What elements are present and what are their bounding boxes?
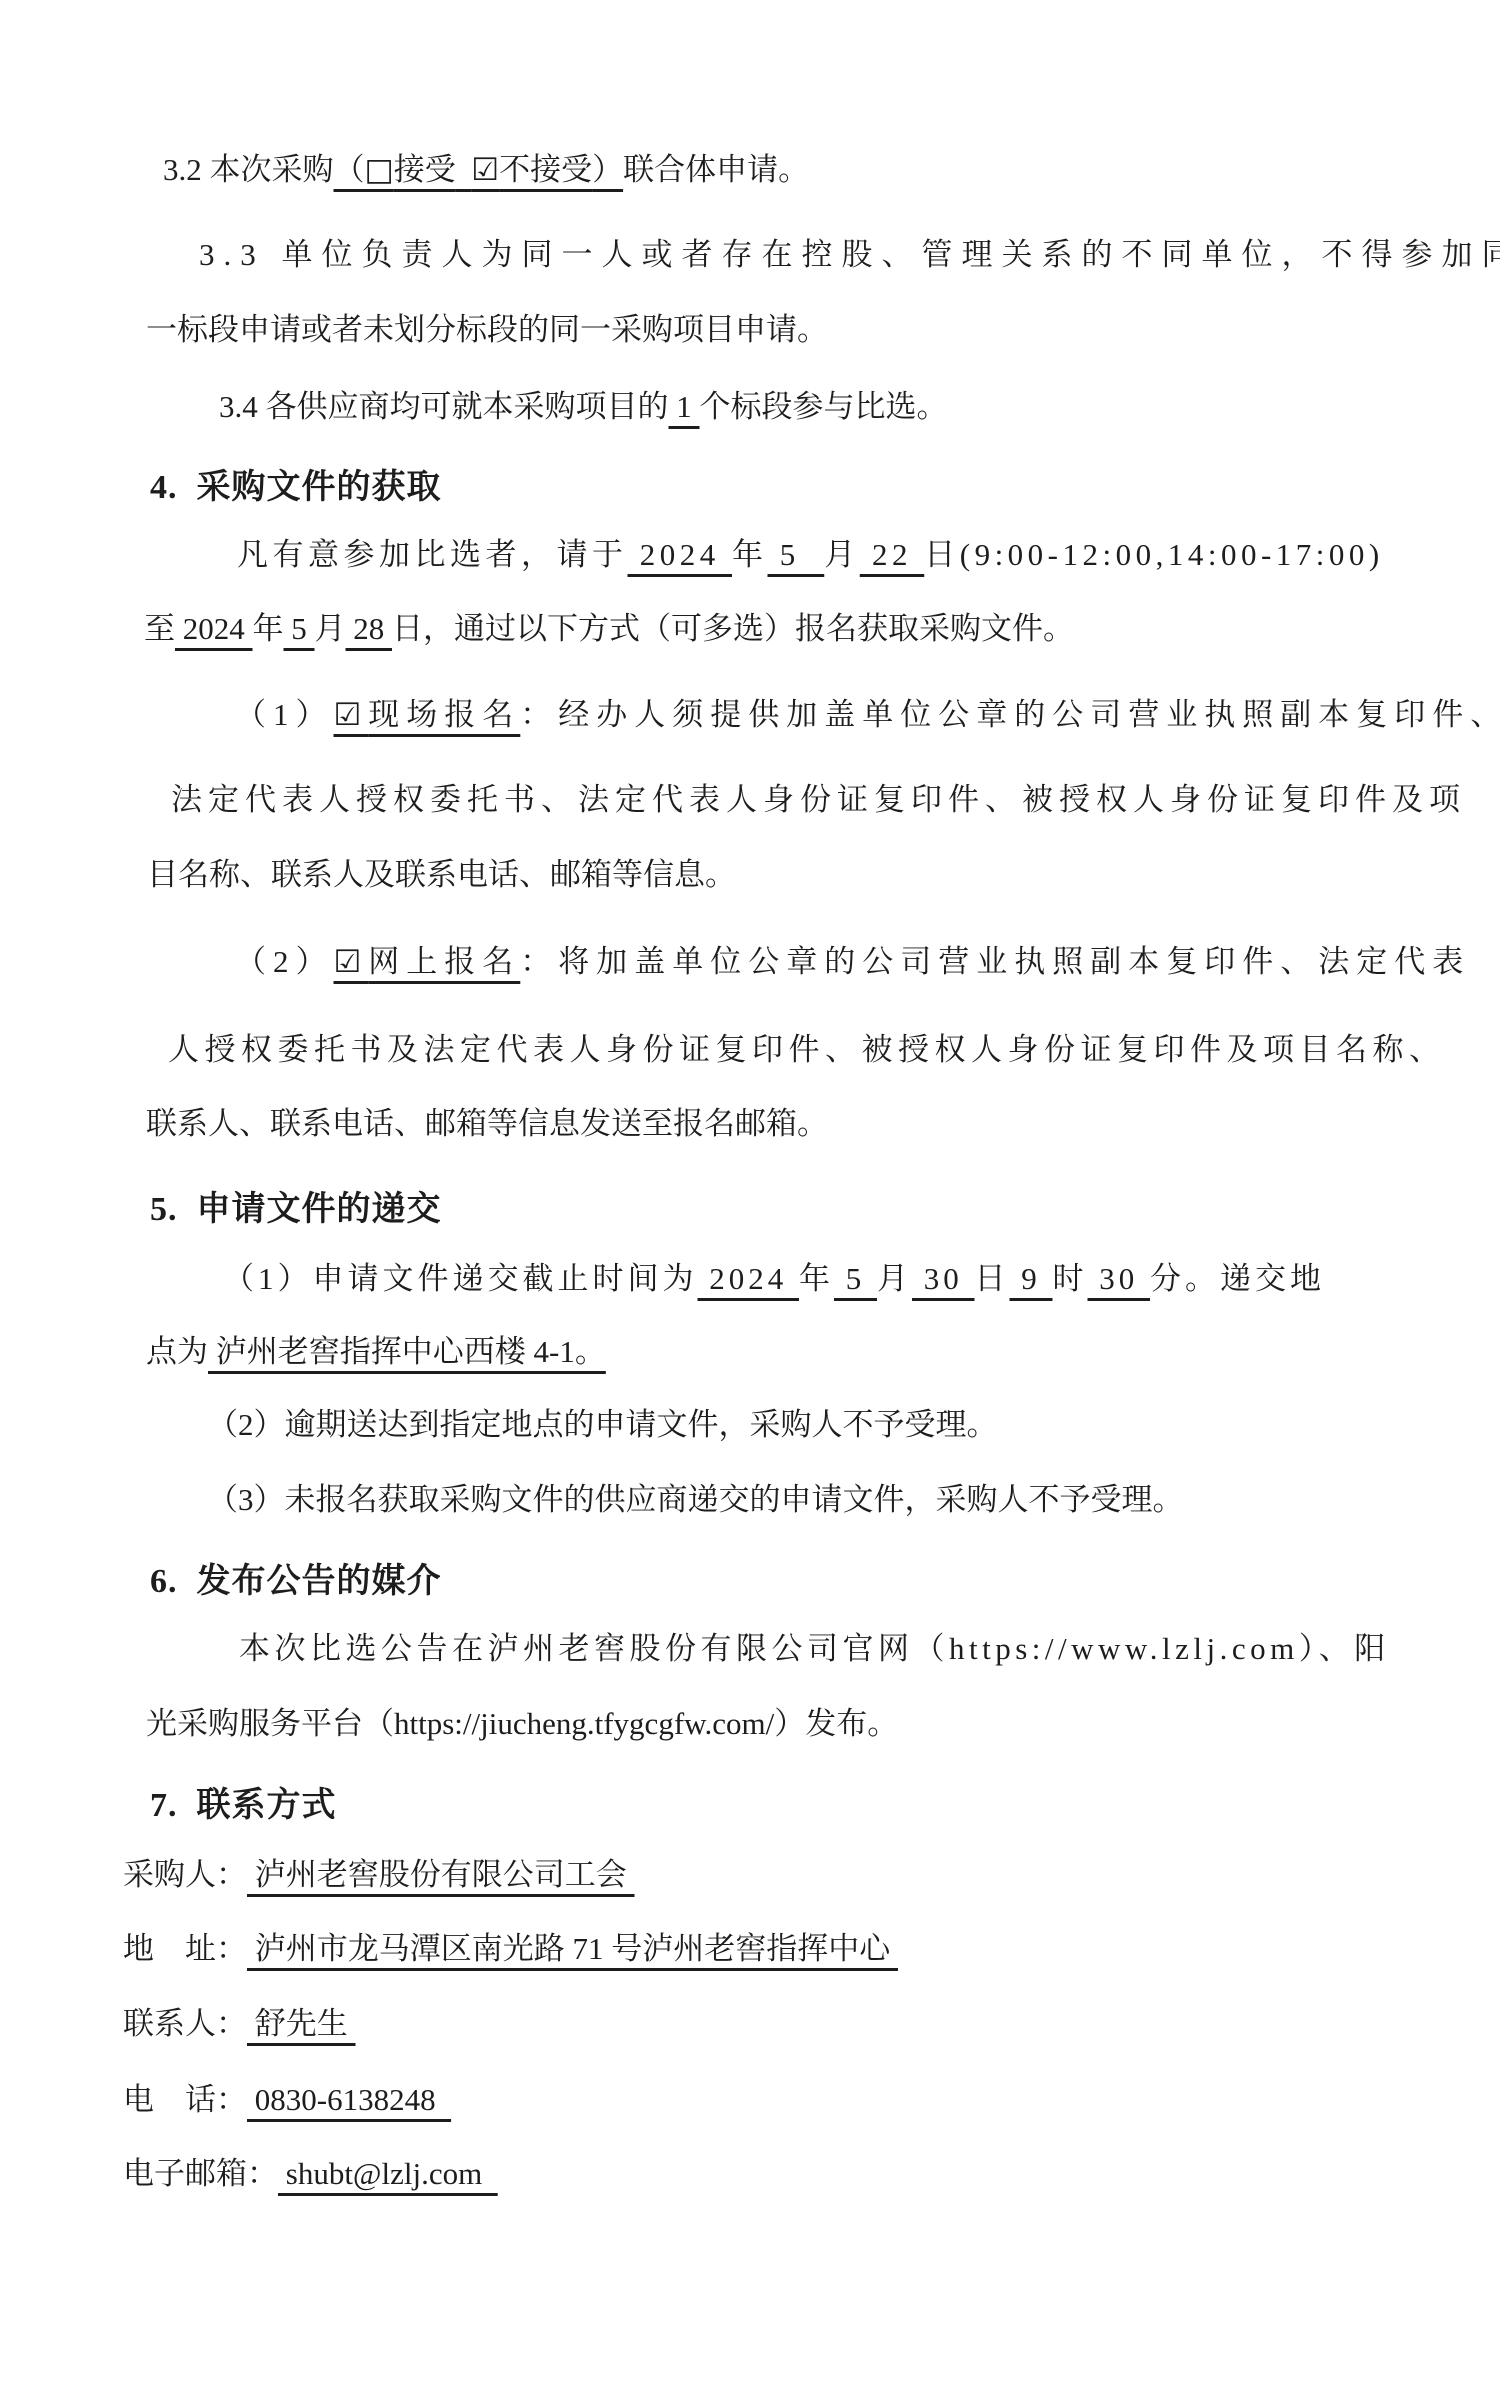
accept-label: 接受	[394, 152, 456, 187]
obtain-rest: 日，通过以下方式（可多选）报名获取采购文件。	[392, 611, 1074, 646]
onsite-signup-label: 现场报名	[368, 697, 520, 732]
hour-label: 时	[1053, 1261, 1088, 1296]
colon: ：	[520, 944, 558, 979]
onsite-signup-text-3: 目名称、联系人及联系电话、邮箱等信息。	[147, 857, 736, 892]
online-signup-option: ☑网上报名	[334, 944, 521, 979]
contact-person-value: 舒先生	[247, 2006, 356, 2041]
deadline-hour-field: 9	[1010, 1261, 1053, 1296]
clause-3-2-post: 联合体申请。	[623, 152, 809, 187]
phone-label: 电 话：	[123, 2082, 247, 2117]
clause-3-3-text-2: 一标段申请或者未划分标段的同一采购项目申请。	[146, 312, 828, 347]
deadline-year-field: 2024	[698, 1261, 800, 1296]
start-month-field: 5	[768, 537, 825, 572]
reject-label: 不接受	[499, 152, 592, 187]
start-year-field: 2024	[628, 537, 733, 572]
unregistered-submission-text: （3）未报名获取采购文件的供应商递交的申请文件，采购人不予受理。	[207, 1482, 1184, 1517]
email-label: 电子邮箱：	[123, 2156, 278, 2191]
month-label: 月	[315, 611, 346, 646]
year-label: 年	[799, 1261, 834, 1296]
lot-count-field: 1	[669, 389, 700, 424]
clause-3-2-text: 3.2 本次采购	[163, 152, 334, 187]
announcement-media-text-1: 本次比选公告在泸州老窖股份有限公司官网（https://www.lzlj.com…	[239, 1631, 1390, 1666]
online-signup-label: 网上报名	[368, 944, 520, 979]
time-window: (9:00-12:00,14:00-17:00)	[960, 537, 1384, 572]
item-1-number: （1）	[235, 697, 334, 732]
phone-value: 0830-6138248	[247, 2082, 451, 2117]
end-month-field: 5	[284, 611, 315, 646]
deadline-minute-field: 30	[1088, 1261, 1151, 1296]
joint-bid-option-field: （□接受 ☑不接受）	[334, 152, 624, 187]
buyer-value: 泸州老窖股份有限公司工会	[247, 1857, 635, 1892]
day-label: 日	[924, 537, 960, 572]
colon: ：	[520, 697, 558, 732]
year-label: 年	[253, 611, 284, 646]
clause-3-3-text-1: 3.3 单位负责人为同一人或者存在控股、管理关系的不同单位，不得参加同	[199, 237, 1500, 272]
start-day-field: 22	[860, 537, 925, 572]
onsite-signup-text: 经办人须提供加盖单位公章的公司营业执照副本复印件、	[558, 697, 1500, 732]
announcement-media-text-2: 光采购服务平台（https://jiucheng.tfygcgfw.com/）发…	[146, 1706, 898, 1741]
buyer-label: 采购人：	[123, 1857, 247, 1892]
clause-3-4-post: 个标段参与比选。	[700, 389, 948, 424]
online-signup-text-2: 人授权委托书及法定代表人身份证复印件、被授权人身份证复印件及项目名称、	[168, 1032, 1446, 1067]
venue-pre: 点为	[146, 1334, 208, 1369]
deadline-pre: （1）申请文件递交截止时间为	[223, 1261, 698, 1296]
address-label: 地 址：	[123, 1931, 247, 1966]
contact-email-row: 电子邮箱： shubt@lzlj.com	[92, 2116, 498, 2232]
month-label: 月	[824, 537, 860, 572]
paren-open: （	[334, 152, 365, 187]
onsite-signup-text-2: 法定代表人授权委托书、法定代表人身份证复印件、被授权人身份证复印件及项	[171, 782, 1466, 817]
deadline-rest: 分。递交地	[1150, 1261, 1325, 1296]
clause-3-4-pre: 3.4 各供应商均可就本采购项目的	[219, 389, 669, 424]
until-label: 至	[144, 611, 175, 646]
paren-close: ）	[592, 152, 623, 187]
item-2-number: （2）	[235, 944, 334, 979]
month-label: 月	[877, 1261, 912, 1296]
checkbox-accept-unchecked-icon: □	[365, 152, 394, 188]
onsite-signup-option: ☑现场报名	[334, 697, 521, 732]
procurement-notice-page: 3.2 本次采购（□接受 ☑不接受）联合体申请。 3.3 单位负责人为同一人或者…	[0, 0, 1500, 2407]
year-label: 年	[732, 537, 768, 572]
online-signup-text: 将加盖单位公章的公司营业执照副本复印件、法定代表	[558, 944, 1470, 979]
deadline-month-field: 5	[834, 1261, 877, 1296]
deadline-day-field: 30	[912, 1261, 975, 1296]
contact-person-label: 联系人：	[123, 2006, 247, 2041]
day-label: 日	[975, 1261, 1010, 1296]
end-year-field: 2024	[175, 611, 253, 646]
online-signup-text-3: 联系人、联系电话、邮箱等信息发送至报名邮箱。	[146, 1106, 828, 1141]
checkbox-online-checked-icon: ☑	[334, 944, 369, 980]
end-day-field: 28	[346, 611, 393, 646]
checkbox-reject-checked-icon: ☑	[471, 152, 499, 188]
checkbox-onsite-checked-icon: ☑	[334, 697, 369, 733]
email-value: shubt@lzlj.com	[278, 2156, 498, 2191]
late-submission-text: （2）逾期送达到指定地点的申请文件，采购人不予受理。	[207, 1407, 998, 1442]
option-gap	[456, 152, 472, 187]
address-value: 泸州市龙马潭区南光路 71 号泸州老窖指挥中心	[247, 1931, 898, 1966]
venue-field: 泸州老窖指挥中心西楼 4-1。	[208, 1334, 606, 1369]
obtain-pre: 凡有意参加比选者，请于	[237, 537, 628, 572]
